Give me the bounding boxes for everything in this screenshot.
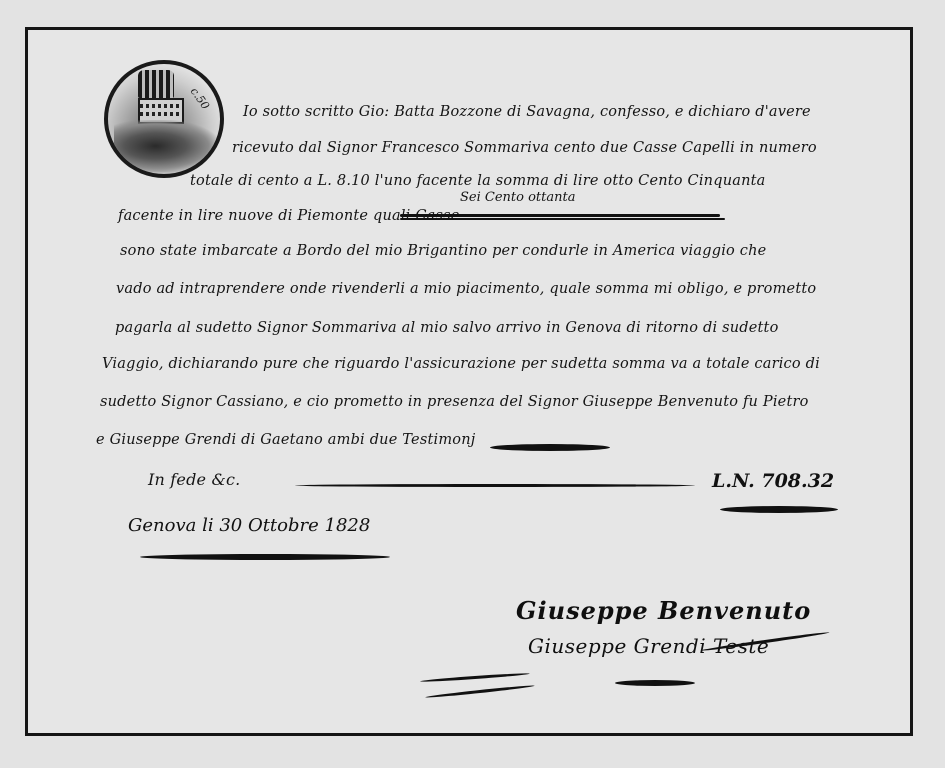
body-line-8: Viaggio, dichiarando pure che riguardo l… (102, 356, 820, 372)
stamp-value: c.50 (188, 85, 212, 112)
body-line-2: ricevuto dal Signor Francesco Sommariva … (232, 140, 817, 156)
body-line-3: totale di cento a L. 8.10 l'uno facente … (190, 173, 765, 189)
date-underline (140, 554, 390, 560)
interlinear-insert: Sei Cento ottanta (460, 190, 575, 205)
body-line-1: Io sotto scritto Gio: Batta Bozzone di S… (243, 104, 811, 120)
body-line-5: sono state imbarcate a Bordo del mio Bri… (120, 243, 766, 259)
signature-giuseppe-benvenuto: Giuseppe Benvenuto (516, 596, 811, 625)
revenue-stamp-seal: c.50 (104, 60, 224, 178)
body-line-6: vado ad intraprendere onde rivenderli a … (116, 281, 816, 297)
body-line-7: pagarla al sudetto Signor Sommariva al m… (115, 320, 779, 336)
closing-flourish (295, 484, 695, 487)
strikethrough-cancelled-words-2 (400, 218, 725, 220)
body-line-9: sudetto Signor Cassiano, e cio prometto … (100, 394, 809, 410)
signature-flourish-3 (615, 680, 695, 686)
lion-emblem-icon (114, 120, 218, 172)
crown-icon (138, 70, 174, 98)
strikethrough-cancelled-words (400, 214, 720, 217)
line-flourish (490, 444, 610, 451)
body-line-10: e Giuseppe Grendi di Gaetano ambi due Te… (96, 432, 475, 448)
place-and-date: Genova li 30 Ottobre 1828 (128, 515, 370, 536)
amount-underline (720, 506, 838, 513)
total-amount: L.N. 708.32 (712, 470, 834, 492)
closing-formula: In fede &c. (148, 470, 240, 489)
